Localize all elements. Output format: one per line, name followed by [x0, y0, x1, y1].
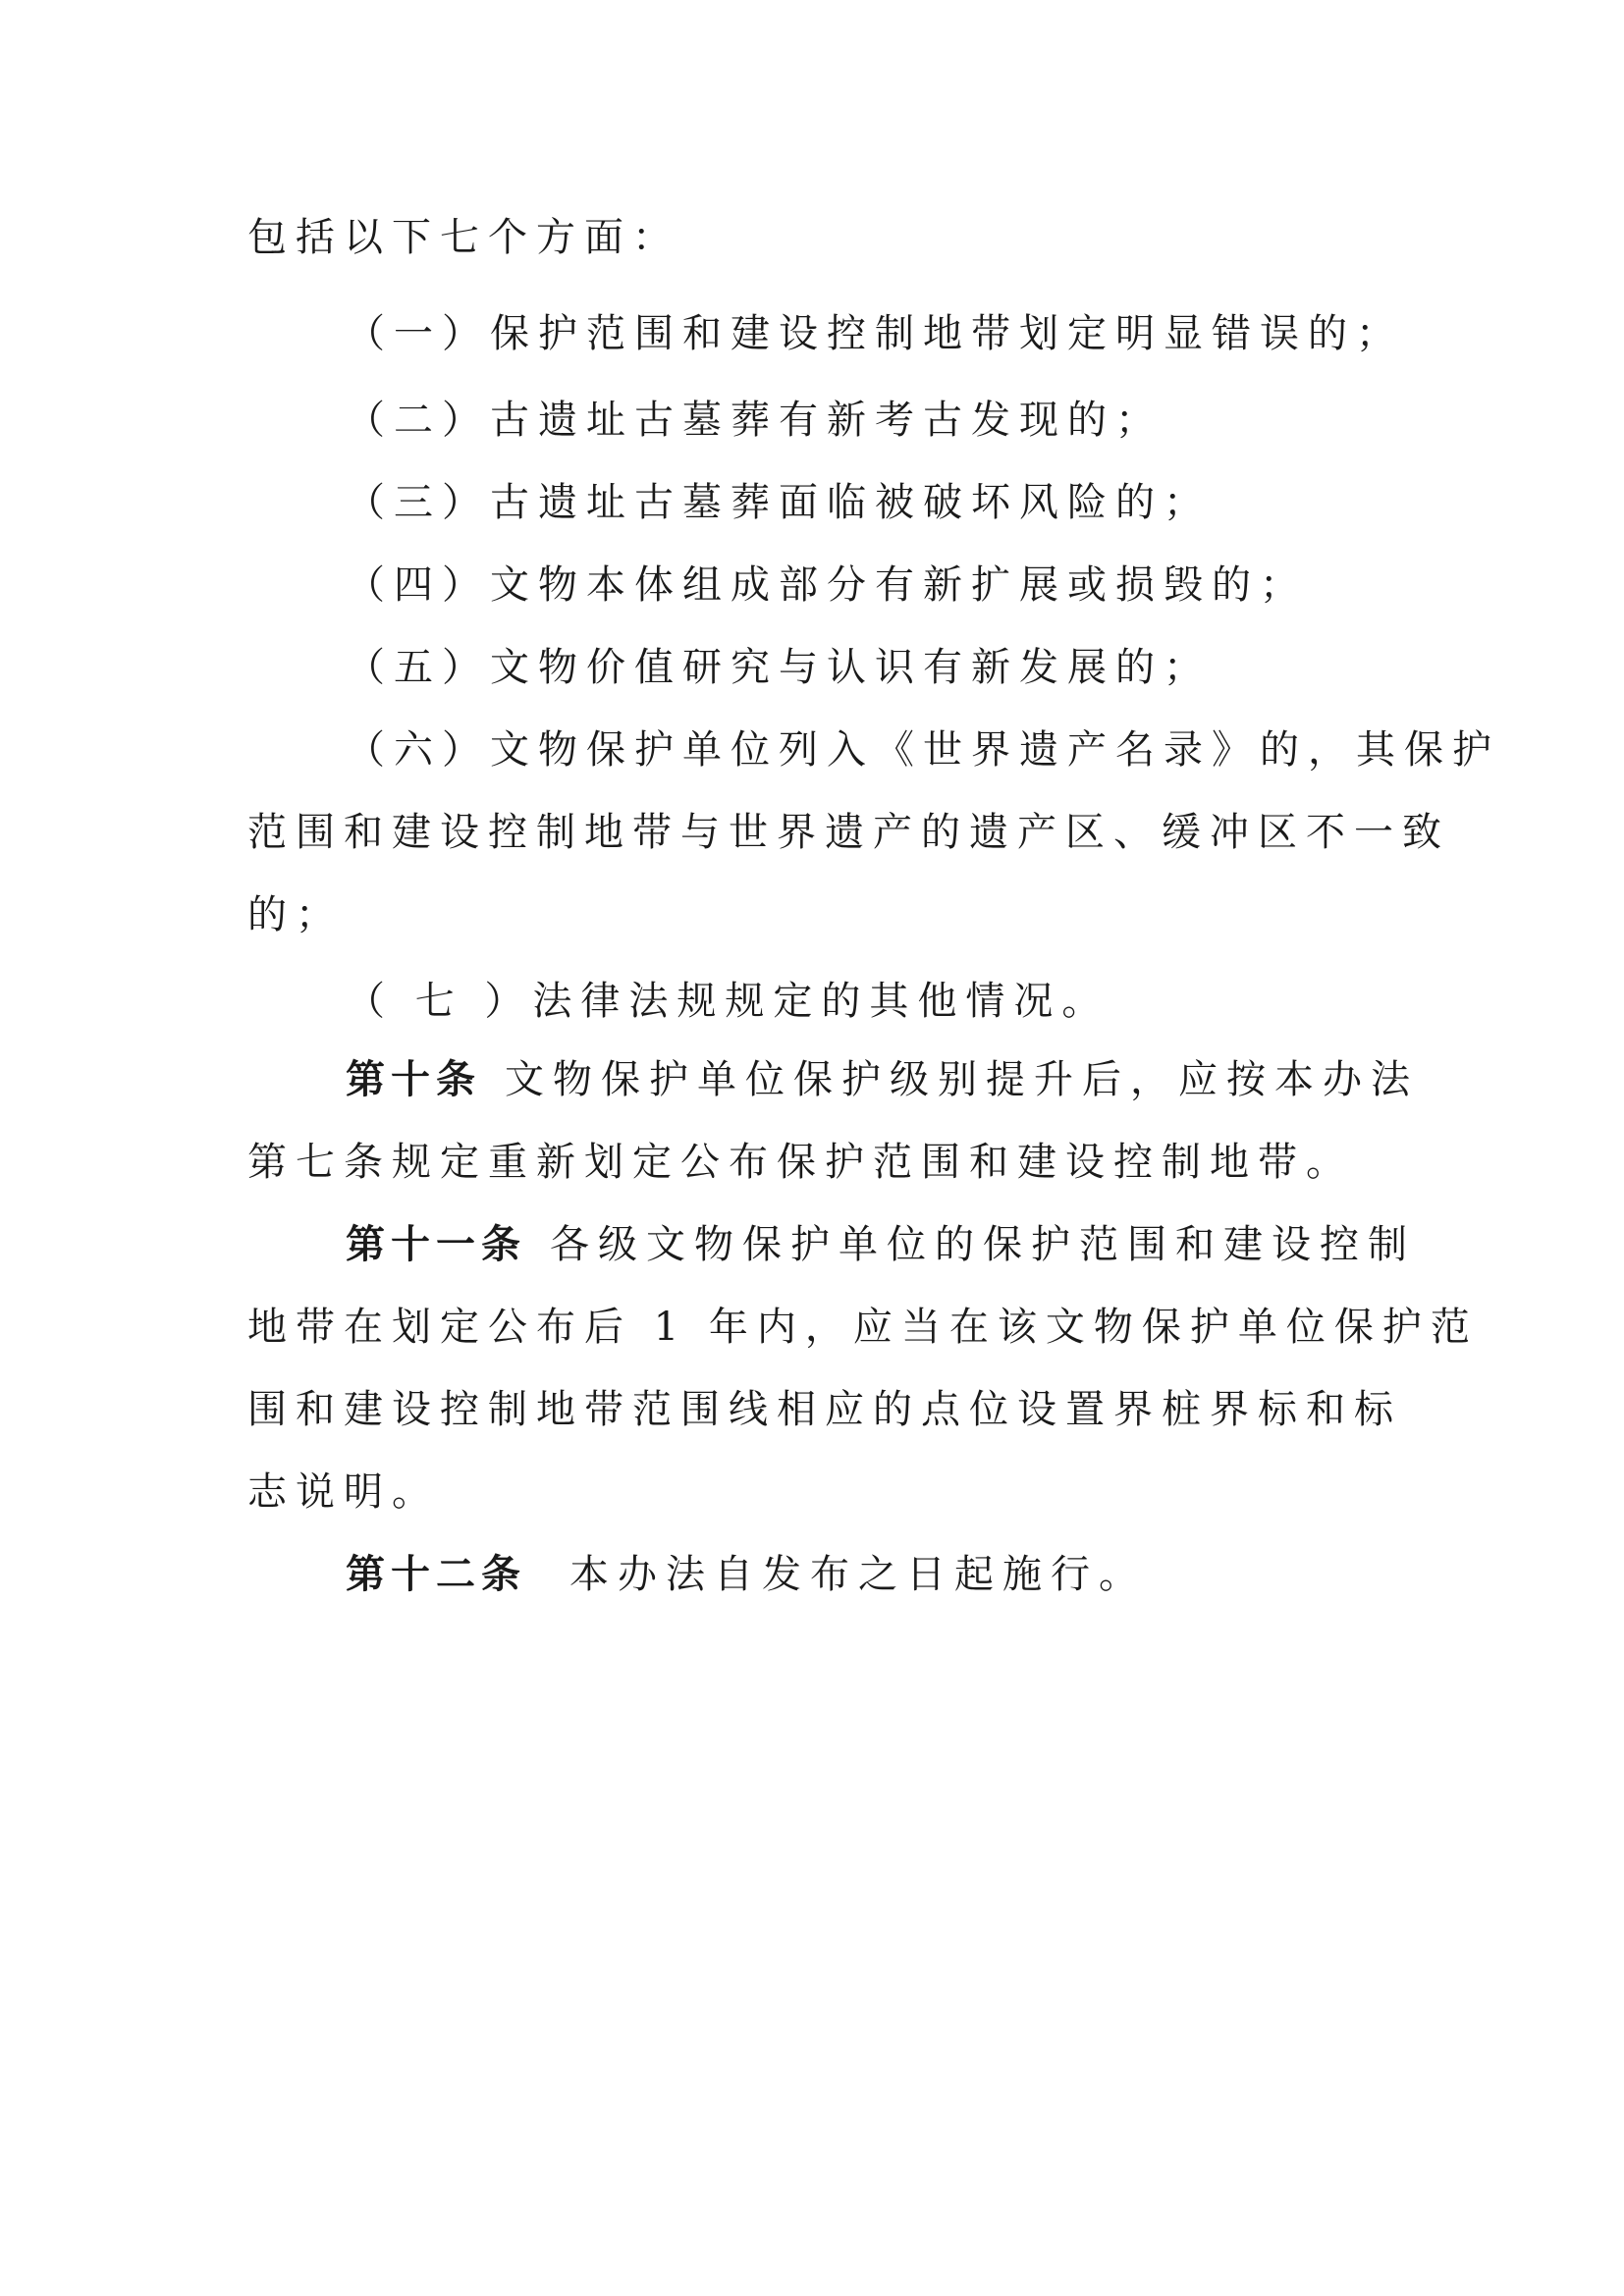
article-11-text: 各级文物保护单位的保护范围和建设控制	[550, 1222, 1416, 1267]
article-11-line-2: 地带在划定公布后 1 年内，应当在该文物保护单位保护范	[247, 1304, 1386, 1351]
list-item-6-line-3: 的；	[247, 891, 1386, 938]
article-12-heading: 第十二条	[346, 1551, 526, 1597]
list-item-2: （二）古遗址古墓葬有新考古发现的；	[346, 397, 1485, 444]
document-page: 包括以下七个方面： （一）保护范围和建设控制地带划定明显错误的； （二）古遗址古…	[0, 0, 1624, 2296]
article-10-line-2: 第七条规定重新划定公布保护范围和建设控制地带。	[247, 1139, 1386, 1186]
list-item-4: （四）文物本体组成部分有新扩展或损毁的；	[346, 561, 1485, 609]
list-item-3: （三）古遗址古墓葬面临被破坏风险的；	[346, 479, 1485, 526]
list-item-6-line-2: 范围和建设控制地带与世界遗产的遗产区、缓冲区不一致	[247, 809, 1386, 856]
list-item-1: （一）保护范围和建设控制地带划定明显错误的；	[346, 310, 1485, 357]
intro-line: 包括以下七个方面：	[247, 214, 1386, 261]
article-10-heading: 第十条	[346, 1056, 481, 1102]
article-10-text: 文物保护单位保护级别提升后，应按本办法	[505, 1057, 1419, 1102]
article-12-text: 本办法自发布之日起施行。	[569, 1552, 1147, 1597]
list-item-5: （五）文物价值研究与认识有新发展的；	[346, 644, 1485, 691]
article-11-line-3: 围和建设控制地带范围线相应的点位设置界桩界标和标	[247, 1386, 1386, 1433]
article-10-line-1: 第十条文物保护单位保护级别提升后，应按本办法	[346, 1056, 1485, 1103]
article-11-line-4: 志说明。	[247, 1468, 1386, 1516]
article-11-heading: 第十一条	[346, 1221, 526, 1267]
list-item-6-line-1: （六）文物保护单位列入《世界遗产名录》的，其保护	[346, 726, 1485, 774]
article-11-line-1: 第十一条各级文物保护单位的保护范围和建设控制	[346, 1221, 1485, 1268]
article-12-line: 第十二条本办法自发布之日起施行。	[346, 1551, 1485, 1598]
list-item-7: （ 七 ）法律法规规定的其他情况。	[346, 978, 1485, 1025]
